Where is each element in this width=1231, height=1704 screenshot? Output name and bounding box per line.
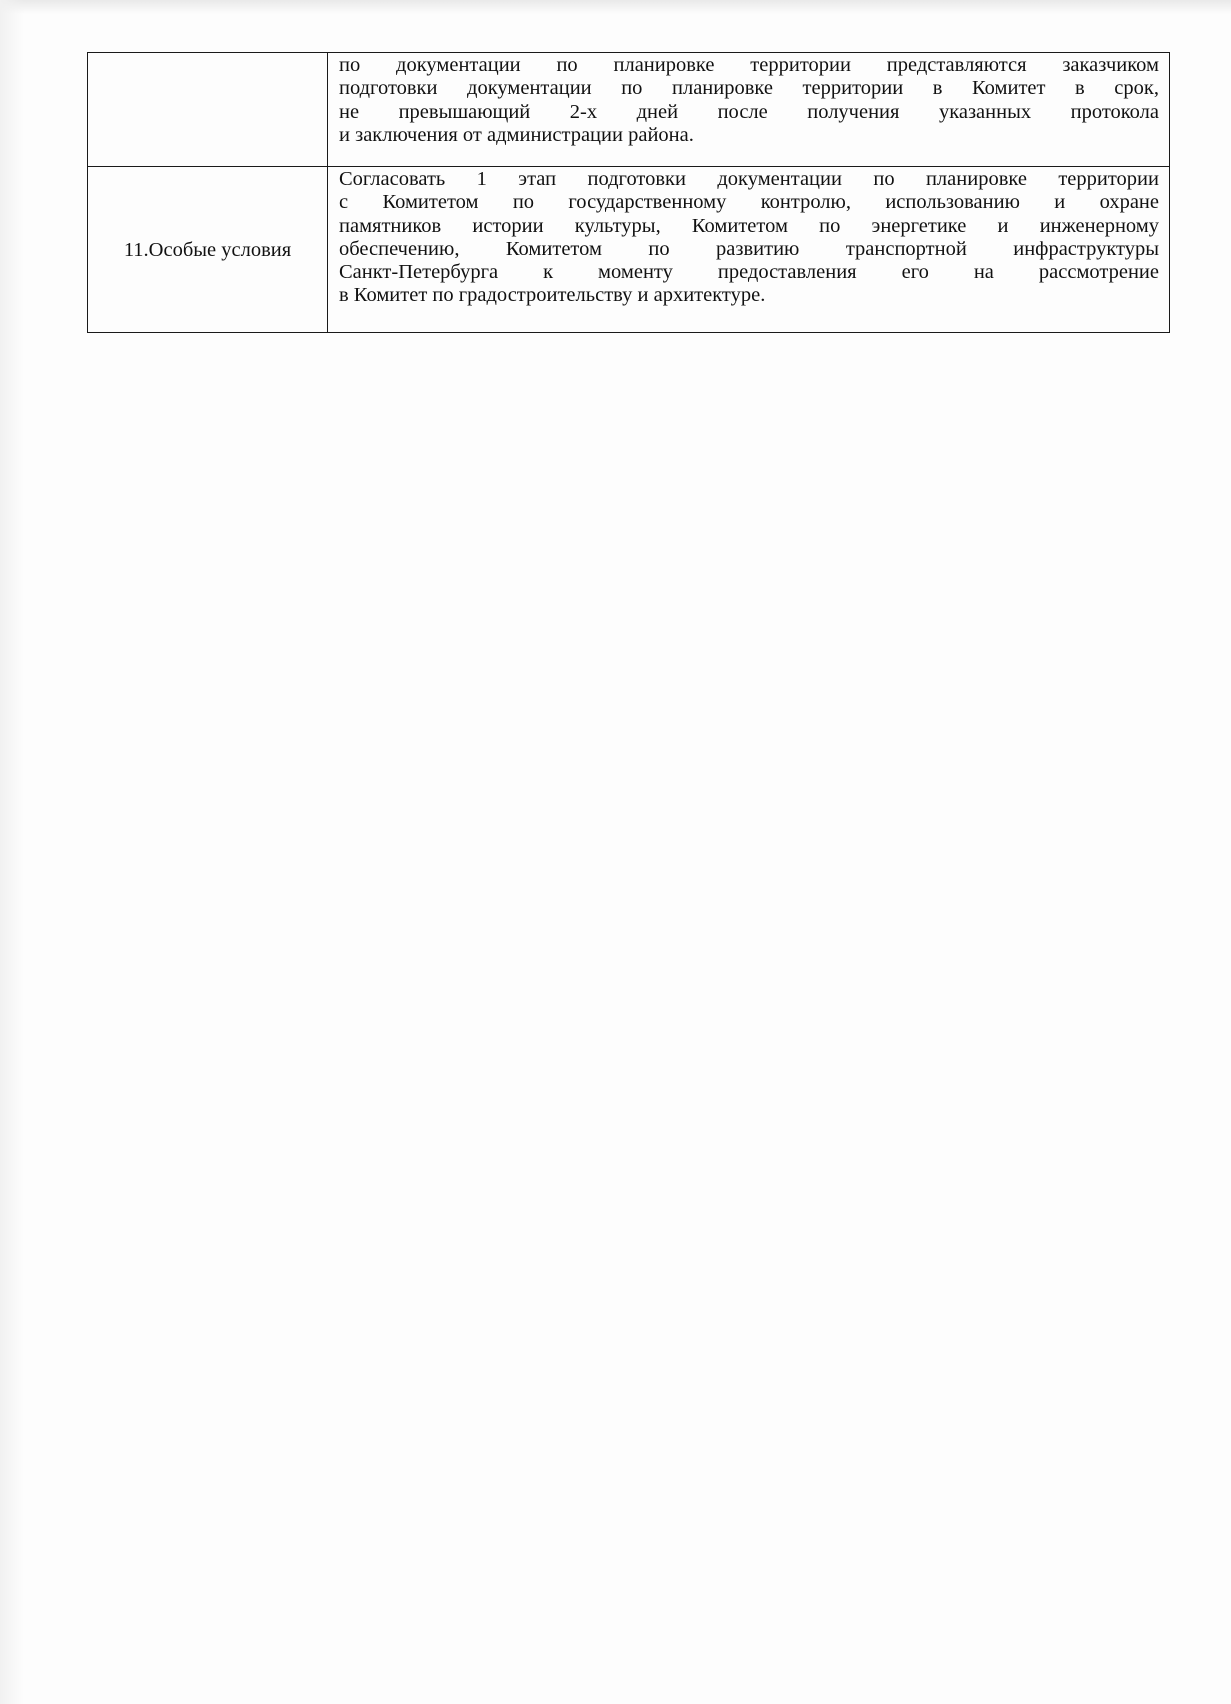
content-line: с Комитетом по государственному контролю… [339,191,1159,214]
row-label-cell [88,53,328,167]
row-content-cell: Согласовать 1 этап подготовки документац… [328,167,1170,333]
content-line: по документации по планировке территории… [339,54,1159,77]
content-line: и заключения от администрации района. [339,124,1159,147]
row-label-cell: 11.Особые условия [88,167,328,333]
conditions-table: по документации по планировке территории… [87,52,1170,333]
scan-shadow-left [0,0,24,1704]
table-row: 11.Особые условия Согласовать 1 этап под… [88,167,1170,333]
content-line: памятников истории культуры, Комитетом п… [339,215,1159,238]
row-content-cell: по документации по планировке территории… [328,53,1170,167]
content-line: Санкт-Петербурга к моменту предоставлени… [339,261,1159,284]
scan-shadow-top [0,0,1231,14]
content-line: не превышающий 2-х дней после получения … [339,101,1159,124]
content-line: обеспечению, Комитетом по развитию транс… [339,238,1159,261]
content-line: в Комитет по градостроительству и архите… [339,284,1159,307]
table-row: по документации по планировке территории… [88,53,1170,167]
content-line: Согласовать 1 этап подготовки документац… [339,168,1159,191]
row-label: 11.Особые условия [124,239,291,261]
content-line: подготовки документации по планировке те… [339,77,1159,100]
